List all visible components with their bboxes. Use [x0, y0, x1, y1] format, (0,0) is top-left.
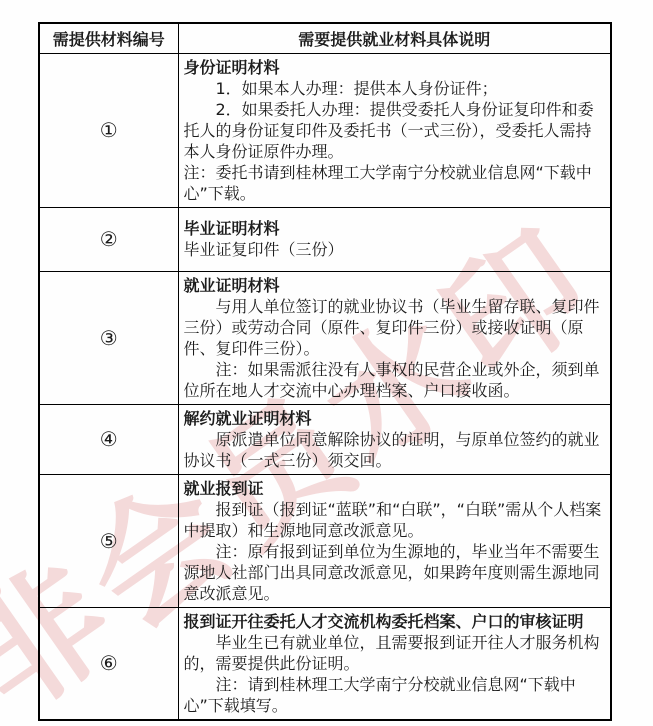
row-note: 注：请到桂林理工大学南宁分校就业信息网“下载中心”下载填写。	[184, 674, 605, 716]
table-row: ⑥ 报到证开往委托人才交流机构委托档案、户口的审核证明 毕业生已有就业单位，且需…	[39, 607, 611, 720]
table-row: ④ 解约就业证明材料 原派遣单位同意解除协议的证明，与原单位签约的就业协议书（一…	[39, 404, 611, 474]
document-page: 非会员水印 需提供材料编号 需要提供就业材料具体说明 ① 身份证明材料 1．如果…	[0, 0, 653, 726]
table-row: ⑤ 就业报到证 报到证（报到证“蓝联”和“白联”，“白联”需从个人档案中提取）和…	[39, 474, 611, 607]
row-paragraph: 毕业生已有就业单位，且需要报到证开往人才服务机构的，需要提供此份证明。	[184, 632, 605, 674]
header-material-number: 需提供材料编号	[39, 23, 178, 53]
table-row: ② 毕业证明材料 毕业证复印件（三份）	[39, 207, 611, 271]
row-paragraph: 与用人单位签订的就业协议书（毕业生留存联、复印件三份）或劳动合同（原件、复印件三…	[184, 296, 605, 359]
row-title: 就业证明材料	[184, 275, 605, 296]
row-number-badge: ⑤	[39, 474, 178, 607]
row-paragraph: 1．如果本人办理：提供本人身份证件；	[184, 78, 605, 99]
row-number-badge: ④	[39, 404, 178, 474]
employment-materials-table: 需提供材料编号 需要提供就业材料具体说明 ① 身份证明材料 1．如果本人办理：提…	[38, 22, 612, 721]
table-row: ① 身份证明材料 1．如果本人办理：提供本人身份证件； 2．如果委托人办理：提供…	[39, 53, 611, 207]
row-paragraph: 2．如果委托人办理：提供受委托人身份证复印件和委托人的身份证复印件及委托书（一式…	[184, 99, 605, 162]
row-title: 就业报到证	[184, 478, 605, 499]
row-description-cell: 就业证明材料 与用人单位签订的就业协议书（毕业生留存联、复印件三份）或劳动合同（…	[178, 271, 611, 404]
row-paragraph: 毕业证复印件（三份）	[184, 239, 605, 260]
row-description-cell: 就业报到证 报到证（报到证“蓝联”和“白联”，“白联”需从个人档案中提取）和生源…	[178, 474, 611, 607]
row-title: 毕业证明材料	[184, 218, 605, 239]
row-number-badge: ②	[39, 207, 178, 271]
row-note: 注：原有报到证到单位为生源地的，毕业当年不需要生源地人社部门出具同意改派意见，如…	[184, 541, 605, 604]
row-note: 注：如果需派往没有人事权的民营企业或外企，须到单位所在地人才交流中心办理档案、户…	[184, 359, 605, 401]
header-material-description: 需要提供就业材料具体说明	[178, 23, 611, 53]
row-description-cell: 毕业证明材料 毕业证复印件（三份）	[178, 207, 611, 271]
row-title: 报到证开往委托人才交流机构委托档案、户口的审核证明	[184, 611, 605, 632]
row-description-cell: 身份证明材料 1．如果本人办理：提供本人身份证件； 2．如果委托人办理：提供受委…	[178, 53, 611, 207]
row-number-badge: ③	[39, 271, 178, 404]
row-description-cell: 解约就业证明材料 原派遣单位同意解除协议的证明，与原单位签约的就业协议书（一式三…	[178, 404, 611, 474]
row-title: 解约就业证明材料	[184, 408, 605, 429]
row-description-cell: 报到证开往委托人才交流机构委托档案、户口的审核证明 毕业生已有就业单位，且需要报…	[178, 607, 611, 720]
row-paragraph: 原派遣单位同意解除协议的证明，与原单位签约的就业协议书（一式三份）须交回。	[184, 429, 605, 471]
row-number-badge: ①	[39, 53, 178, 207]
row-paragraph: 报到证（报到证“蓝联”和“白联”，“白联”需从个人档案中提取）和生源地同意改派意…	[184, 499, 605, 541]
table-header-row: 需提供材料编号 需要提供就业材料具体说明	[39, 23, 611, 53]
row-note: 注：委托书请到桂林理工大学南宁分校就业信息网“下载中心”下载。	[184, 162, 605, 204]
table-row: ③ 就业证明材料 与用人单位签订的就业协议书（毕业生留存联、复印件三份）或劳动合…	[39, 271, 611, 404]
row-number-badge: ⑥	[39, 607, 178, 720]
row-title: 身份证明材料	[184, 57, 605, 78]
